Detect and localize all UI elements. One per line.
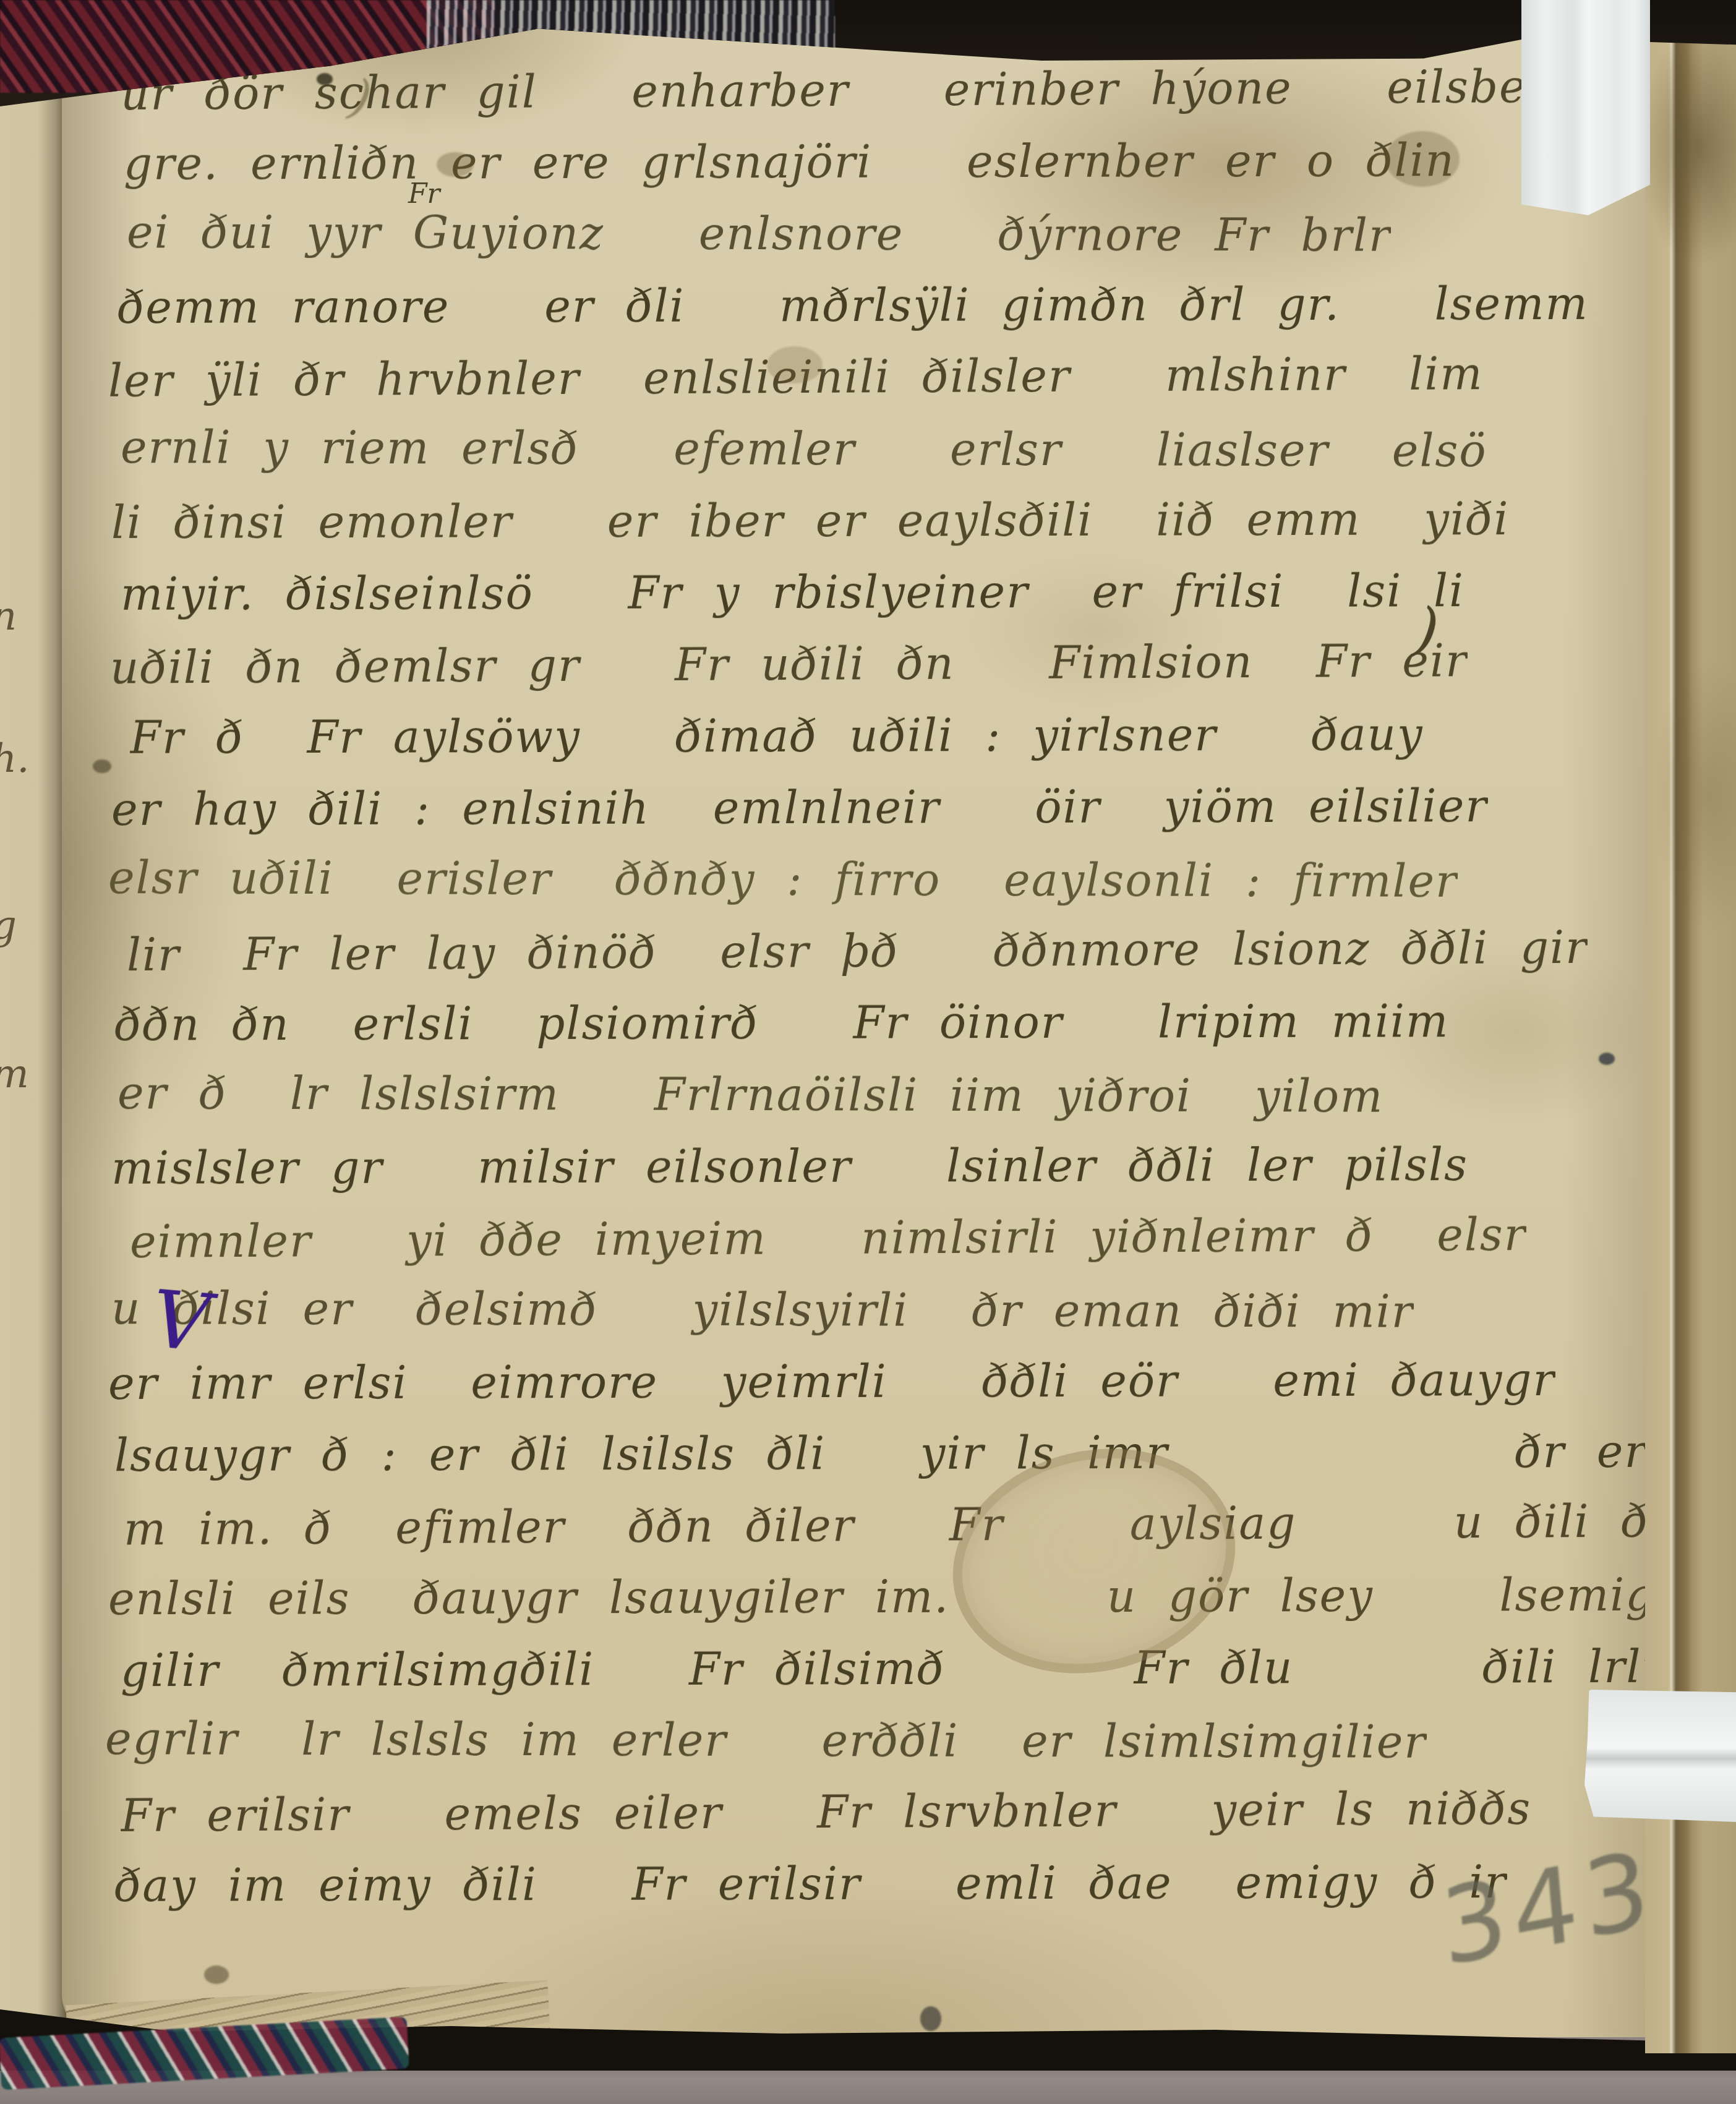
text-line: li ðinsi emonler er iber er eaylsðili ii… xyxy=(111,493,1510,549)
text-line: ðay im eimy ðili Fr erilsir emli ðae emi… xyxy=(114,1856,1507,1912)
text-line: eimnler yi ððe imyeim nimlsirli yiðnleim… xyxy=(130,1208,1527,1268)
stain xyxy=(1385,131,1460,187)
text-line: m im. ð efimler ððn ðiler Fr aylsiag u ð… xyxy=(124,1495,1672,1555)
stain xyxy=(437,152,474,177)
white-tab-right xyxy=(1584,1690,1736,1822)
text-line: lsauygr ð : er ðli lsilsls ðli yir ls im… xyxy=(114,1426,1673,1482)
text-line: uðili ðn ðemlsr gr Fr uðili ðn Fimlsion … xyxy=(110,635,1468,693)
margin-v-mark: V xyxy=(148,1273,213,1369)
white-tab-top xyxy=(1521,0,1650,215)
stain xyxy=(767,346,823,383)
facing-page-fragment: m xyxy=(0,1051,29,1097)
text-line: gre. ernliðn er ere grlsnajöri eslernber… xyxy=(124,134,1455,190)
text-line: er imr erlsi eimrore yeimrli ððli eör em… xyxy=(108,1354,1555,1409)
stain xyxy=(93,759,111,773)
text-line: miyir. ðislseinlsö Fr y rbislyeiner er f… xyxy=(121,565,1464,620)
text-line: lir Fr ler lay ðinöð elsr þð ððnmore lsi… xyxy=(127,922,1588,981)
text-line: egrlir lr lslsls im erler erððli er lsim… xyxy=(105,1713,1427,1768)
text-line: mislsler gr milsir eilsonler lsinler ððl… xyxy=(111,1139,1468,1194)
text-line: er ð lr lslslsirm Frlrnaöilsli iim yiðro… xyxy=(118,1067,1383,1122)
text-line: gilir ðmrilsimgðili Fr ðilsimð Fr ðlu ði… xyxy=(121,1641,1679,1697)
text-line: u ðilsi er ðelsimð yilslsyirli ðr eman ð… xyxy=(111,1282,1414,1338)
text-line: elsr uðili erisler ððnðy : firro eaylson… xyxy=(108,852,1458,907)
text-line: er hay ðili : enlsinih emlnlneir öir yiö… xyxy=(111,780,1488,836)
facing-page-fragment: n xyxy=(0,594,17,639)
superscript-insertion: Fr xyxy=(408,178,440,210)
facing-page-fragment: g xyxy=(0,903,17,949)
stain xyxy=(317,73,333,85)
manuscript-photo: nh.gmr ) ur ðör schar gil enharber erinb… xyxy=(0,0,1736,2104)
text-line: enlsli eils ðauygr lsauygiler im. u gör … xyxy=(108,1569,1667,1625)
stain xyxy=(920,2006,941,2031)
text-line: ðemm ranore er ðli mðrlsÿli gimðn ðrl gr… xyxy=(118,278,1589,333)
text-line: ur ðör schar gil enharber erinber hýone … xyxy=(121,61,1549,120)
text-line: ei ðui yyr Guyionz enlsnore ðýrnore Fr b… xyxy=(127,206,1392,261)
stain xyxy=(1599,1053,1615,1065)
facing-page-fragment: h. xyxy=(0,736,30,782)
facing-page-edge: nh.gmr xyxy=(0,0,69,2066)
text-line: ernli y riem erlsð efemler erlsr liaslse… xyxy=(121,421,1487,477)
text-line: Fr erilsir emels eiler Fr lsrvbnler yeir… xyxy=(121,1782,1532,1842)
text-line: Fr ð Fr aylsöwy ðimað uðili : yirlsner ð… xyxy=(130,708,1424,763)
stain xyxy=(204,1965,229,1984)
text-line: ððn ðn erlsli plsiomirð Fr öinor lripim … xyxy=(114,995,1449,1051)
